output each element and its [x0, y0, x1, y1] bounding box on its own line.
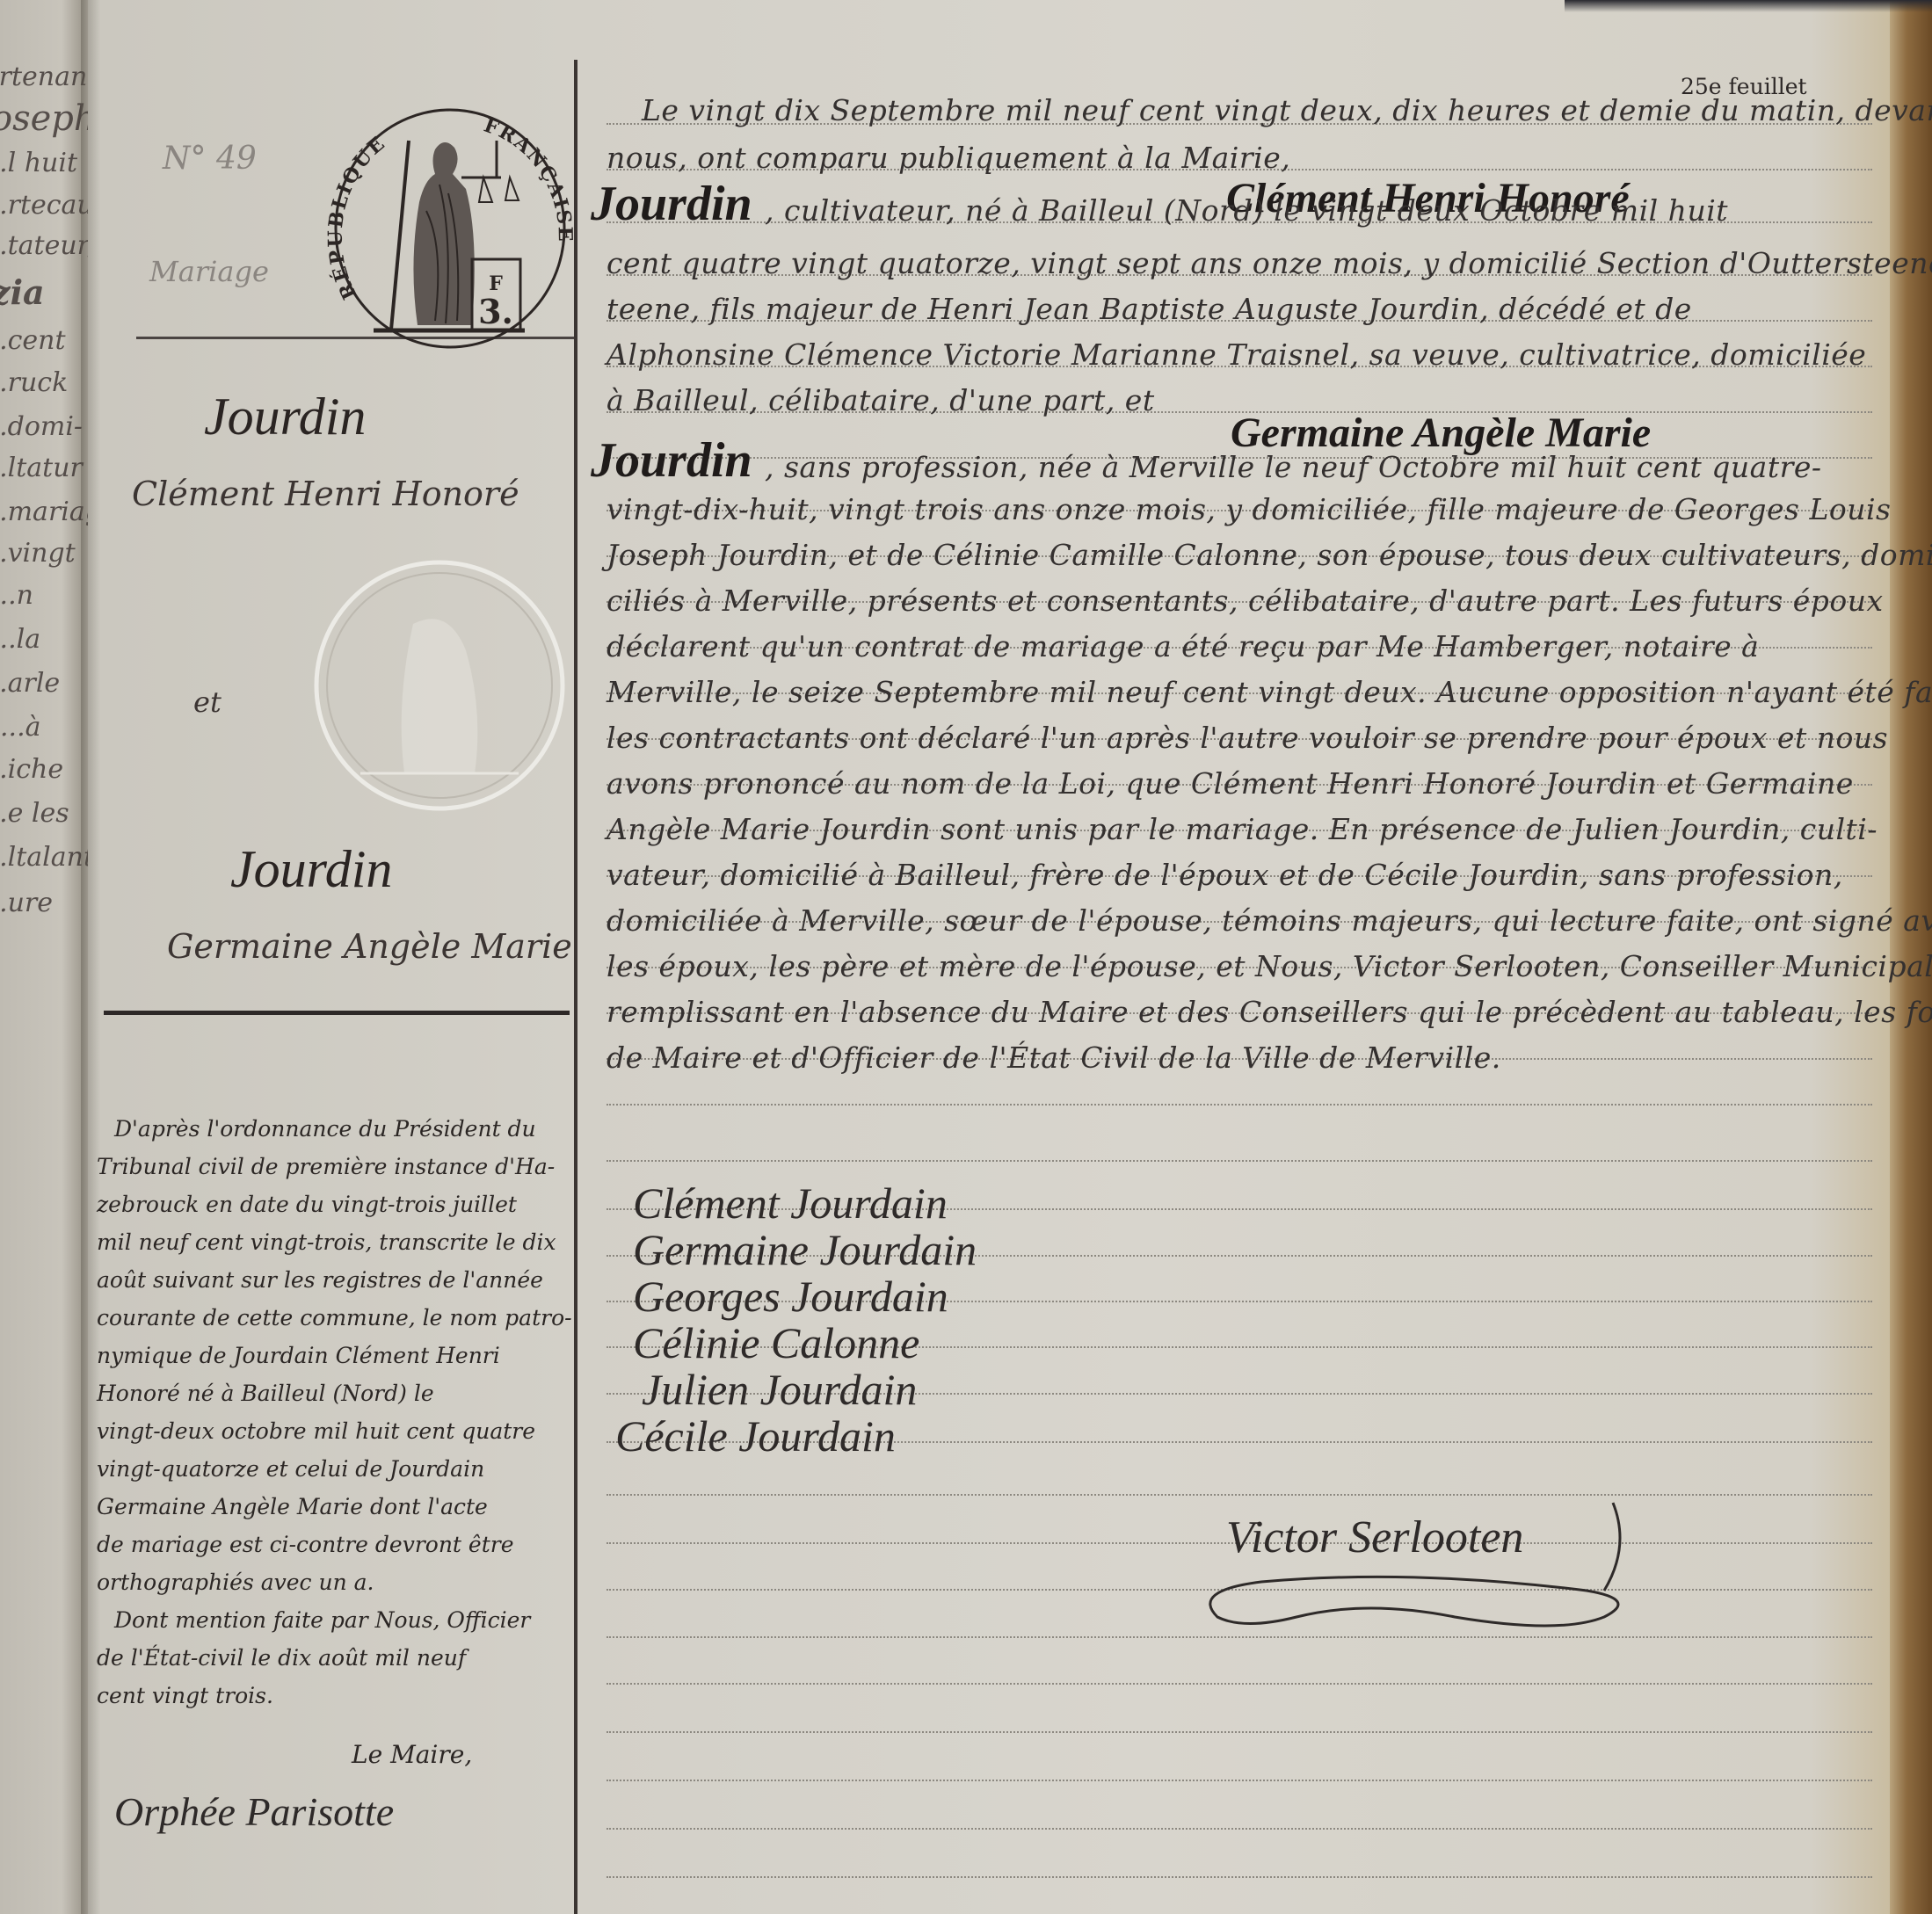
annotation-line: Tribunal civil de première instance d'Ha… [97, 1154, 555, 1179]
previous-page-fragment: ...e les [0, 798, 69, 829]
annotation-line: vingt-deux octobre mil huit cent quatre [97, 1418, 535, 1444]
svg-text:RÉPUBLIQUE: RÉPUBLIQUE [324, 132, 390, 303]
body-line: , sans profession, née à Merville le neu… [765, 450, 1822, 484]
previous-page-fragment: ...l huit [0, 148, 77, 178]
previous-page-fragment: ...rtecau [0, 190, 88, 221]
stamp-value-bottom: 3. [478, 292, 513, 331]
body-line: ciliés à Merville, présents et consentan… [606, 584, 1884, 618]
body-line: les époux, les père et mère de l'épouse,… [606, 949, 1932, 983]
body-line: nous, ont comparu publiquement à la Mair… [606, 141, 1290, 175]
previous-page-fragment: ...à [0, 712, 41, 743]
book-gutter [81, 0, 100, 1914]
body-line: Alphonsine Clémence Victorie Marianne Tr… [606, 337, 1866, 372]
body-line: à Bailleul, célibataire, d'une part, et [606, 383, 1155, 417]
groom-surname-heading: Jourdin [591, 176, 752, 232]
previous-page-fragment: ...ure [0, 888, 53, 918]
previous-page-fragment: ...ltalant [0, 842, 88, 873]
body-line: Joseph Jourdin, et de Célinie Camille Ca… [606, 538, 1932, 572]
previous-page-fragment: ...mariage [0, 497, 88, 527]
signature: Clément Jourdain [633, 1178, 948, 1229]
body-line: , cultivateur, né à Bailleul (Nord) le v… [765, 193, 1728, 228]
annotation-line: cent vingt trois. [97, 1683, 273, 1708]
annotation-line: de l'État-civil le dix août mil neuf [97, 1645, 466, 1671]
embossed-seal-icon [308, 554, 571, 817]
signature: Cécile Jourdain [615, 1410, 896, 1461]
signature-flourish-icon [1191, 1485, 1648, 1635]
body-line: avons prononcé au nom de la Loi, que Clé… [606, 766, 1854, 801]
margin-groom-surname: Jourdin [204, 387, 366, 447]
previous-page-fragment: ...cent [0, 325, 66, 356]
body-line: les contractants ont déclaré l'un après … [606, 721, 1888, 755]
annotation-line: mil neuf cent vingt-trois, transcrite le… [97, 1229, 556, 1255]
body-line: teene, fils majeur de Henri Jean Baptist… [606, 292, 1692, 326]
previous-page-fragment: ...tateur, [0, 230, 88, 261]
body-line: Angèle Marie Jourdin sont unis par le ma… [606, 812, 1878, 846]
annotation-signoff: Le Maire, [352, 1740, 472, 1769]
signature: Julien Jourdain [642, 1364, 917, 1415]
margin-bride-given-names: Germaine Angèle Marie [167, 927, 572, 966]
body-line: déclarent qu'un contrat de mariage a été… [606, 629, 1759, 663]
annotation-line: orthographiés avec un a. [97, 1570, 374, 1595]
previous-page-strip: ...rtenant oseph ...l huit ...rtecau ...… [0, 0, 88, 1914]
margin-conjunction: et [193, 685, 222, 719]
margin-groom-given-names: Clément Henri Honoré [132, 475, 519, 513]
annotation-line: zebrouck en date du vingt-trois juillet [97, 1192, 517, 1217]
previous-page-fragment: ...rtenant [0, 62, 88, 92]
body-line: Le vingt dix Septembre mil neuf cent vin… [642, 93, 1932, 127]
annotation-line: courante de cette commune, le nom patro- [97, 1305, 572, 1330]
body-line: vingt-dix-huit, vingt trois ans onze moi… [606, 492, 1891, 526]
annotation-line: vingt-quatorze et celui de Jourdain [97, 1456, 484, 1482]
annotation-line: de mariage est ci-contre devront être [97, 1532, 514, 1557]
register-page-photo: ...rtenant oseph ...l huit ...rtecau ...… [0, 0, 1932, 1914]
previous-page-fragment: ...la [0, 624, 40, 655]
previous-page-fragment: ...vingt [0, 538, 76, 569]
binding-shadow [1565, 0, 1932, 12]
bride-surname-heading: Jourdin [591, 432, 752, 489]
act-number: N° 49 [163, 141, 257, 177]
previous-page-fragment: ...domi- [0, 411, 83, 442]
annotation-line: août suivant sur les registres de l'anné… [97, 1267, 543, 1293]
signature: Georges Jourdain [633, 1271, 948, 1322]
stamp-legend-left: RÉPUBLIQUE [324, 132, 390, 303]
previous-page-fragment: ...n [0, 580, 33, 611]
body-line: cent quatre vingt quatorze, vingt sept a… [606, 246, 1932, 280]
mayor-signature: Orphée Parisotte [114, 1788, 394, 1835]
annotation-line: Germaine Angèle Marie dont l'acte [97, 1494, 488, 1519]
previous-page-fragment: zia [0, 272, 45, 312]
tax-stamp-icon: RÉPUBLIQUE FRANÇAISE F 3. [321, 105, 576, 360]
previous-page-fragment: ...ltatur [0, 453, 83, 483]
body-line: domiciliée à Merville, sœur de l'épouse,… [606, 903, 1932, 938]
body-line: Merville, le seize Septembre mil neuf ce… [606, 675, 1932, 709]
annotation-line: D'après l'ordonnance du Président du [114, 1116, 536, 1142]
annotation-line: Honoré né à Bailleul (Nord) le [97, 1381, 434, 1406]
body-line: vateur, domicilié à Bailleul, frère de l… [606, 858, 1843, 892]
act-type: Mariage [149, 255, 269, 288]
previous-page-fragment: oseph [0, 98, 88, 139]
signature: Germaine Jourdain [633, 1224, 977, 1275]
annotation-line: nymique de Jourdain Clément Henri [97, 1343, 500, 1368]
signature: Célinie Calonne [633, 1317, 919, 1368]
previous-page-fragment: ...ruck [0, 367, 68, 398]
margin-divider-rule [104, 1011, 570, 1015]
previous-page-fragment: ...arle [0, 668, 60, 699]
body-line: de Maire et d'Officier de l'État Civil d… [606, 1040, 1501, 1075]
body-line: remplissant en l'absence du Maire et des… [606, 995, 1932, 1029]
annotation-line: Dont mention faite par Nous, Officier [114, 1607, 530, 1633]
margin-bride-surname: Jourdin [230, 839, 392, 900]
previous-page-fragment: ...iche [0, 754, 63, 785]
